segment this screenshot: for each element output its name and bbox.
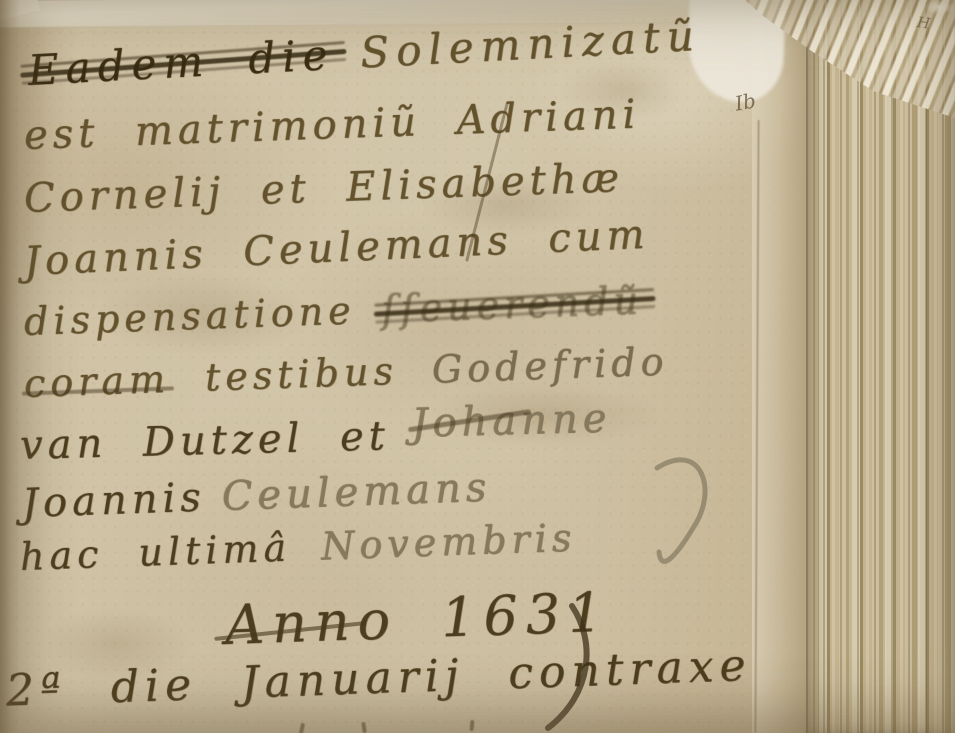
line-text: Joannis	[21, 476, 206, 526]
struck-text: ſſeuerendũ	[381, 280, 644, 331]
line-text: Godefrido	[431, 342, 669, 392]
page-left-edge	[0, 0, 20, 733]
year-heading: Anno 1631	[224, 583, 611, 656]
margin-ink-mark: Ib	[733, 88, 758, 115]
page-fold	[752, 0, 810, 733]
fore-edge-highlight	[878, 0, 955, 72]
line-text: Anno 1631	[224, 583, 611, 656]
line-text: Ceulemans	[221, 466, 492, 519]
fore-edge-ink-mark: H	[916, 13, 931, 33]
overwritten-text: Johanne	[411, 397, 612, 446]
manuscript-photo: Eadem dieSolemnizatũ est matrimoniũ Adri…	[0, 0, 955, 733]
line-text: van Dutzel et	[19, 414, 390, 468]
line-text: Novembris	[320, 518, 577, 569]
